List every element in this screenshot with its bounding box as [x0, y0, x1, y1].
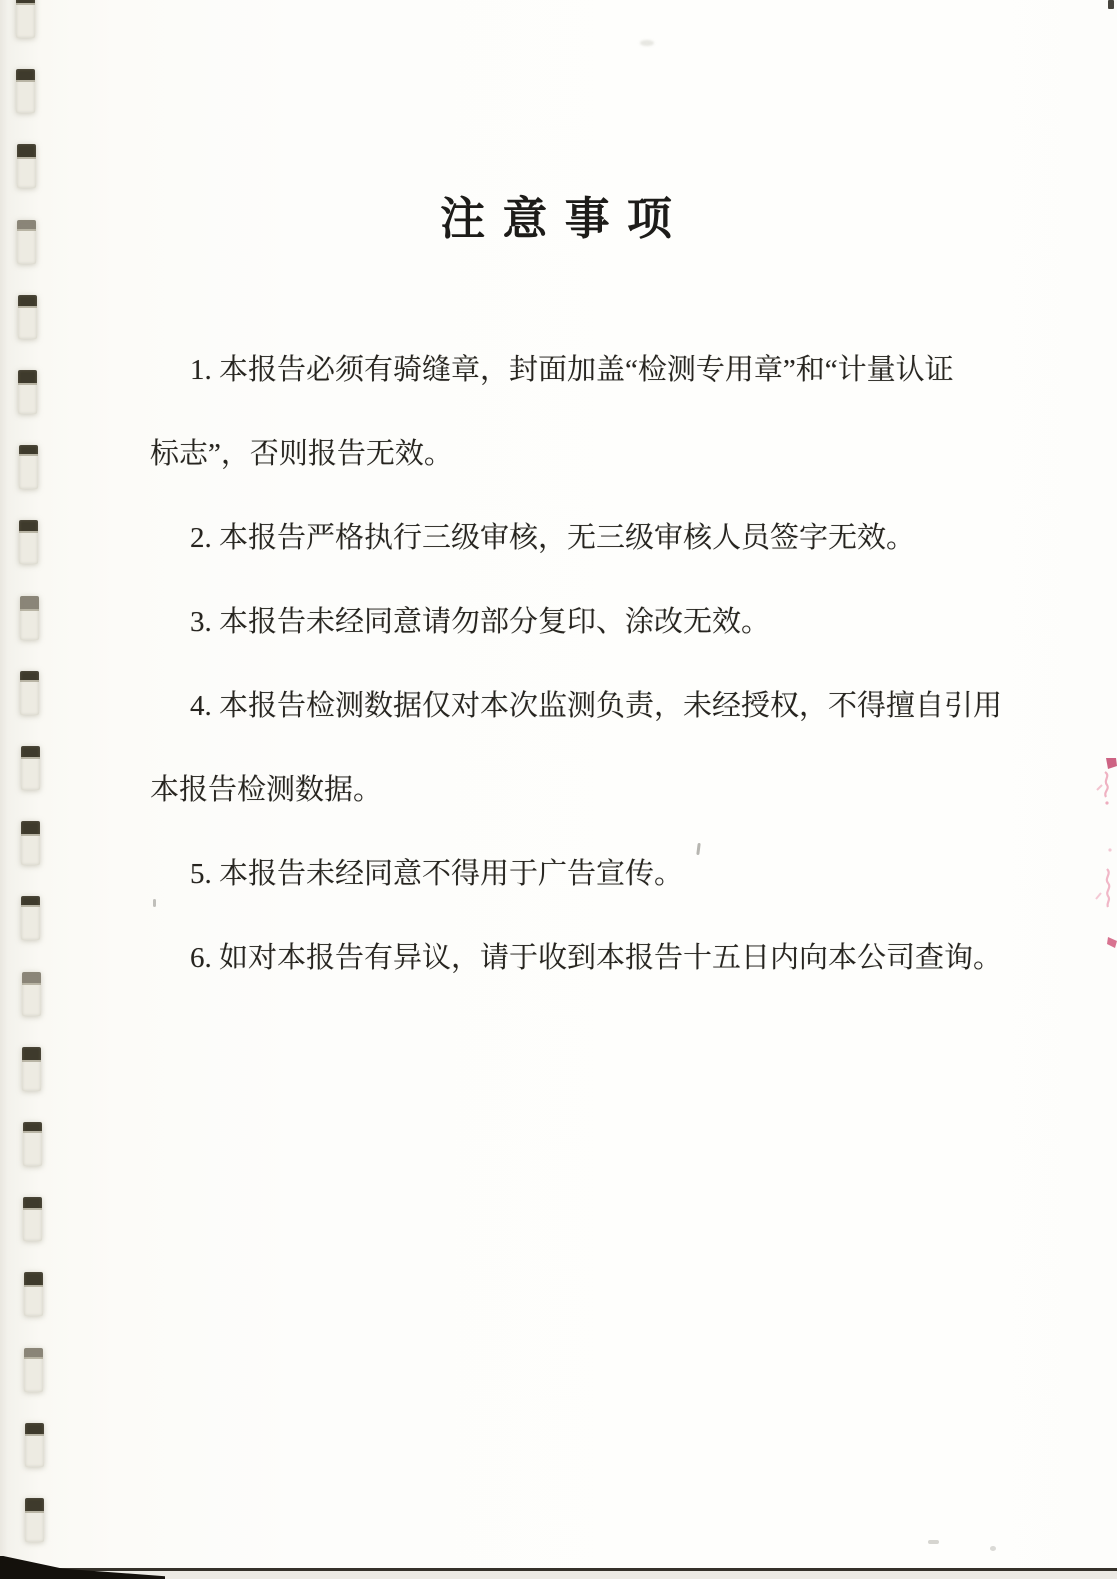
red-stamp-fragment: [1085, 745, 1117, 955]
notice-item-4-line-2: 本报告检测数据。: [150, 745, 965, 829]
binding-hole: [21, 896, 40, 940]
binding-hole: [18, 370, 37, 414]
binding-hole: [21, 746, 40, 790]
binding-hole: [25, 1498, 44, 1542]
notice-item-5-line-1: 5. 本报告未经同意不得用于广告宣传。: [150, 829, 965, 913]
binding-hole: [16, 0, 35, 38]
notice-item-2-line-1: 2. 本报告严格执行三级审核，无三级审核人员签字无效。: [150, 493, 965, 577]
scan-speck: [928, 1540, 939, 1544]
binding-hole: [17, 220, 36, 264]
notice-item-6-line-1: 6. 如对本报告有异议，请于收到本报告十五日内向本公司查询。: [150, 913, 965, 997]
binding-hole: [20, 596, 39, 640]
binding-hole: [24, 1272, 43, 1316]
scan-smudge: [640, 40, 654, 46]
scanned-page: 注 意 事 项 1. 本报告必须有骑缝章，封面加盖“检测专用章”和“计量认证 标…: [0, 0, 1117, 1579]
binding-hole: [23, 1197, 42, 1241]
notice-item-1-line-1: 1. 本报告必须有骑缝章，封面加盖“检测专用章”和“计量认证: [150, 325, 965, 409]
binding-hole: [18, 295, 37, 339]
binding-hole: [24, 1348, 43, 1392]
binding-hole: [19, 445, 38, 489]
page-title: 注 意 事 项: [150, 193, 965, 245]
binding-hole: [23, 1122, 42, 1166]
binding-hole: [22, 1047, 41, 1091]
binding-hole: [21, 821, 40, 865]
notice-body: 1. 本报告必须有骑缝章，封面加盖“检测专用章”和“计量认证 标志”，否则报告无…: [150, 325, 965, 997]
binding-hole: [22, 972, 41, 1016]
page-bottom-margin: [0, 1571, 1117, 1579]
scan-speck: [990, 1546, 996, 1551]
binding-hole: [17, 144, 36, 188]
binding-hole: [19, 520, 38, 564]
binding-hole: [20, 671, 39, 715]
binding-hole: [16, 69, 35, 113]
scan-speck: [153, 899, 156, 907]
scan-speck: [1108, 0, 1114, 9]
notice-item-3-line-1: 3. 本报告未经同意请勿部分复印、涂改无效。: [150, 577, 965, 661]
notice-item-4-line-1: 4. 本报告检测数据仅对本次监测负责，未经授权，不得擅自引用: [150, 661, 965, 745]
notice-item-1-line-2: 标志”，否则报告无效。: [150, 409, 965, 493]
binding-hole: [25, 1423, 44, 1467]
binding-rail: [0, 0, 70, 1579]
